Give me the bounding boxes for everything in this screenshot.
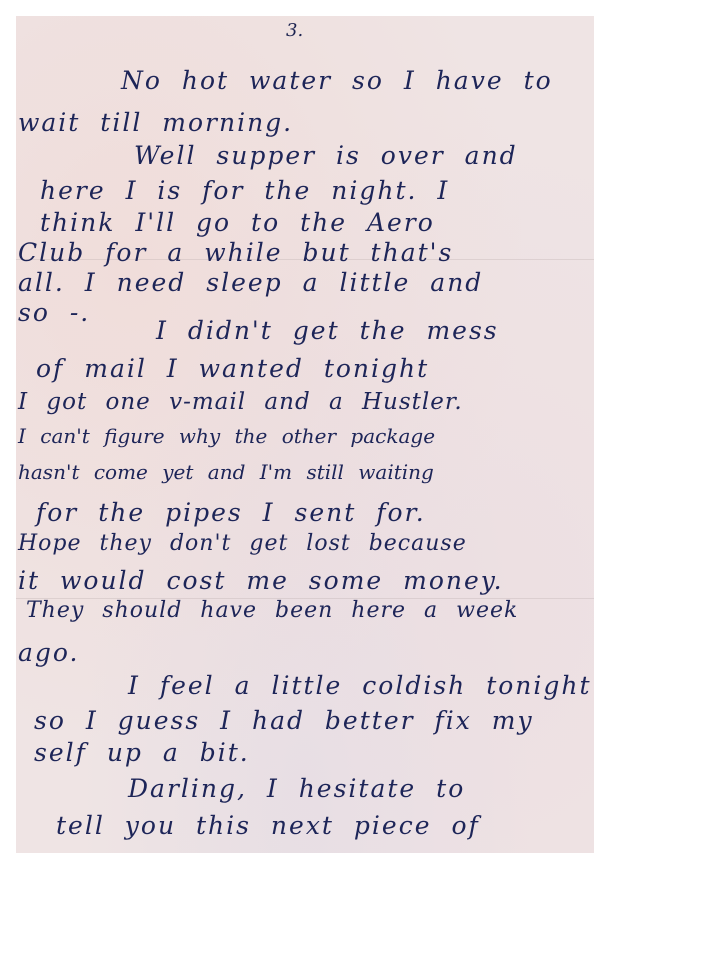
letter-line: I feel a little coldish tonight [128,671,592,700]
letter-line: I can't figure why the other package [18,424,435,448]
letter-line: I didn't get the mess [156,316,499,345]
letter-line: so I guess I had better fix my [34,706,534,735]
letter-line: Darling, I hesitate to [128,774,465,803]
letter-line: They should have been here a week [26,598,518,623]
letter-line: Well supper is over and [134,141,518,170]
letter-line: Hope they don't get lost because [18,531,467,556]
letter-line: here I is for the night. I [40,176,449,205]
letter-line: Club for a while but that's [18,238,453,267]
letter-line: No hot water so I have to [121,66,553,95]
letter-line: tell you this next piece of [56,811,480,840]
letter-line: so -. [18,298,90,327]
letter-page: 3. No hot water so I have to wait till m… [16,16,594,853]
letter-line: I got one v-mail and a Hustler. [18,389,463,415]
letter-line: ago. [18,638,79,667]
letter-line: of mail I wanted tonight [36,354,429,383]
letter-line: self up a bit. [34,738,250,767]
letter-line: for the pipes I sent for. [36,498,426,527]
letter-line: all. I need sleep a little and [18,268,483,297]
letter-line: think I'll go to the Aero [40,208,435,237]
letter-line: it would cost me some money. [18,566,504,595]
letter-line: wait till morning. [18,108,293,137]
page-number: 3. [286,20,303,41]
letter-line: hasn't come yet and I'm still waiting [18,460,434,484]
